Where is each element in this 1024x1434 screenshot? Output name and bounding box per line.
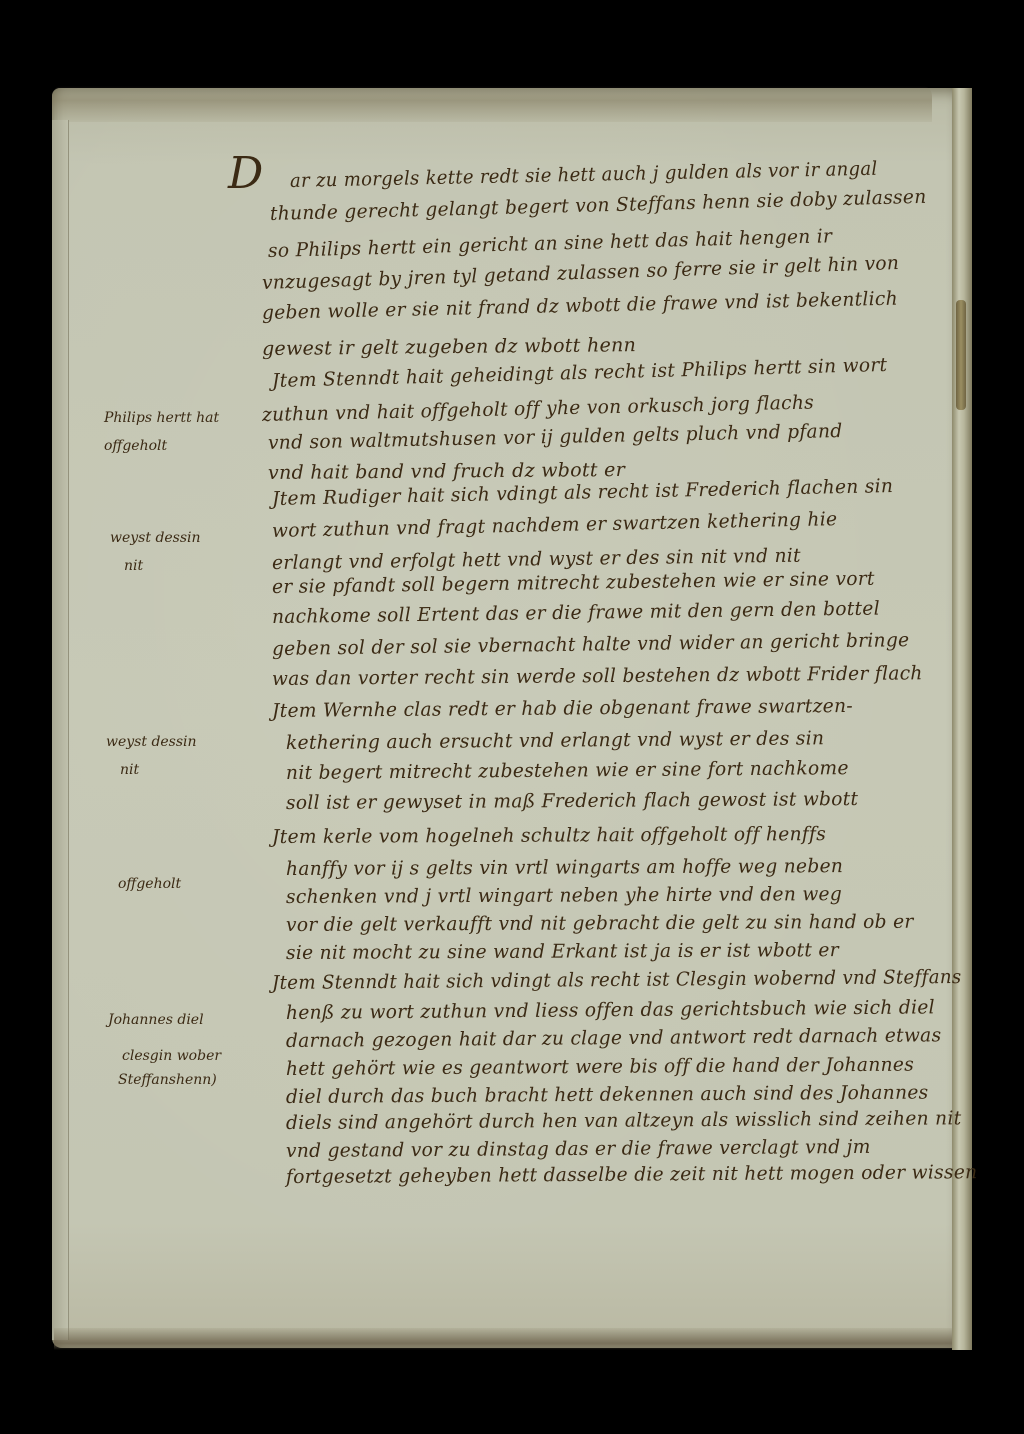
text-line: hanffy vor ij s gelts vin vrtl wingarts … [286, 855, 843, 880]
text-line: schenken vnd j vrtl wingart neben yhe hi… [286, 883, 842, 908]
text-line: gewest ir gelt zugeben dz wbott henn [262, 334, 636, 360]
margin-note-line: offgeholt [104, 432, 219, 460]
margin-note: weyst dessin nit [106, 728, 197, 784]
margin-note-line: Johannes diel [108, 1008, 221, 1032]
text-line: kethering auch ersucht vnd erlangt vnd w… [286, 727, 824, 754]
page-bottom-edge [54, 1328, 954, 1350]
text-line: vor die gelt verkaufft vnd nit gebracht … [286, 911, 914, 936]
binding-thread-mark [956, 300, 966, 410]
text-line: sie nit mocht zu sine wand Erkant ist ja… [286, 939, 839, 964]
page-top-edge [52, 86, 932, 122]
text-line: soll ist er gewyset in maß Frederich fla… [286, 788, 858, 814]
margin-note-line: weyst dessin [110, 524, 201, 552]
margin-note-line [108, 1032, 221, 1044]
margin-note-line: nit [106, 756, 197, 784]
text-line: vnd hait band vnd fruch dz wbott er [268, 459, 625, 484]
text-line: Jtem kerle vom hogelneh schultz hait off… [272, 823, 826, 848]
decorated-initial: D [228, 148, 263, 199]
page-left-edge [52, 120, 69, 1340]
margin-note: Philips hertt hat offgeholt [104, 404, 219, 460]
margin-note: offgeholt [118, 870, 181, 898]
text-line: vnd gestand vor zu dinstag das er die fr… [286, 1136, 871, 1162]
margin-note-line: clesgin wober [108, 1044, 221, 1068]
text-line: diels sind angehört durch hen van altzey… [286, 1107, 962, 1134]
margin-note: Johannes diel clesgin wober Steffanshenn… [108, 1008, 221, 1092]
text-line: diel durch das buch bracht hett dekennen… [286, 1082, 929, 1108]
margin-note-line: offgeholt [118, 870, 181, 898]
margin-note-line: Steffanshenn) [108, 1068, 221, 1092]
margin-note-line: nit [110, 552, 201, 580]
margin-note-line: Philips hertt hat [104, 404, 219, 432]
margin-note-line: weyst dessin [106, 728, 197, 756]
margin-note: weyst dessin nit [110, 524, 201, 580]
text-line: hett gehört wie es geantwort were bis of… [286, 1054, 914, 1080]
